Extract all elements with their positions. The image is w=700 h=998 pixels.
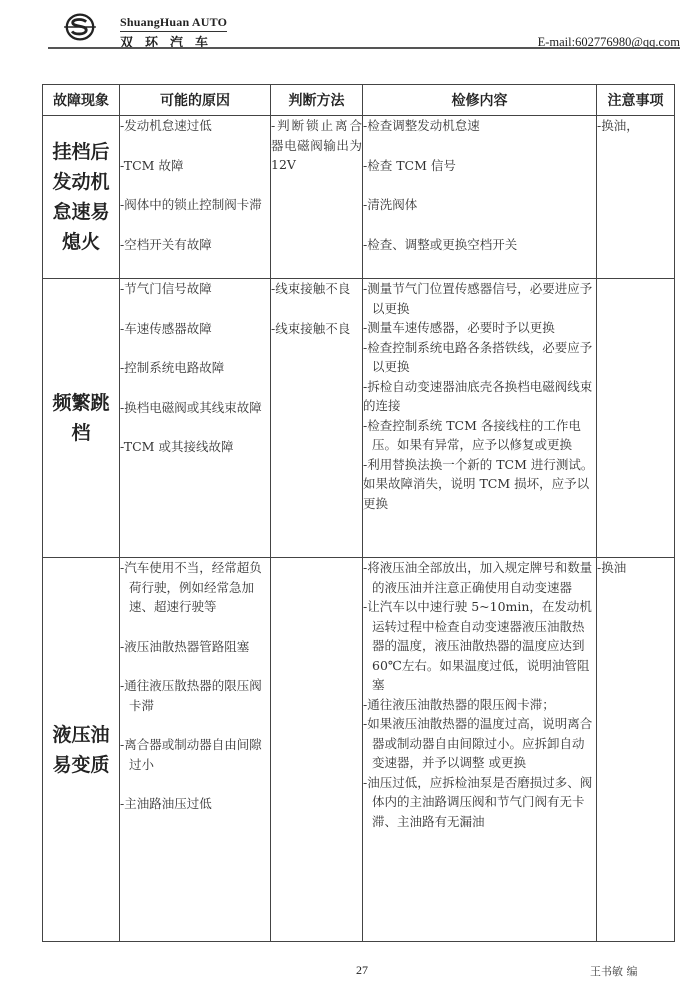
- repair-item: -清洗阀体: [363, 195, 596, 215]
- note-item: -换油: [597, 558, 674, 578]
- repair-item: -利用替换法换一个新的 TCM 进行测试。如果故障消失，说明 TCM 损坏，应予…: [363, 455, 596, 514]
- column-header-repairs: 检修内容: [363, 85, 597, 116]
- table-row: 液压油易变质 -汽车使用不当，经常超负荷行驶，例如经常急加速、超速行驶等 -液压…: [43, 558, 675, 942]
- note-item: -换油，: [597, 116, 674, 136]
- brand-logo: ShuangHuan AUTO 双环汽车: [62, 10, 152, 46]
- cause-item: -空档开关有故障: [120, 235, 270, 255]
- methods-cell: -判断锁止离合器电磁阀输出为12V: [271, 116, 363, 279]
- symptom-cell: 液压油易变质: [43, 558, 120, 942]
- table-row: 挂档后发动机怠速易熄火 -发动机怠速过低 -TCM 故障 -阀体中的锁止控制阀卡…: [43, 116, 675, 279]
- notes-cell: -换油，: [597, 116, 675, 279]
- shuanghuan-logo-icon: [62, 12, 98, 42]
- repair-item: -检查控制系统 TCM 各接线柱的工作电压。如果有异常，应予以修复或更换: [363, 416, 596, 455]
- cause-item: -汽车使用不当，经常超负荷行驶，例如经常急加速、超速行驶等: [120, 558, 270, 617]
- repair-item: -让汽车以中速行驶 5~10min，在发动机运转过程中检查自动变速器液压油散热器…: [363, 597, 596, 695]
- symptom-cell: 挂档后发动机怠速易熄火: [43, 116, 120, 279]
- method-item: -判断锁止离合器电磁阀输出为12V: [271, 116, 362, 175]
- page-header: ShuangHuan AUTO 双环汽车 E-mail:602776980@qq…: [48, 6, 680, 50]
- cause-item: -液压油散热器管路阻塞: [120, 637, 270, 657]
- repairs-cell: -测量节气门位置传感器信号，必要进应予以更换 -测量车速传感器，必要时予以更换 …: [363, 279, 597, 558]
- repairs-cell: -将液压油全部放出，加入规定牌号和数量的液压油并注意正确使用自动变速器 -让汽车…: [363, 558, 597, 942]
- method-item: -线束接触不良: [271, 279, 362, 299]
- causes-cell: -发动机怠速过低 -TCM 故障 -阀体中的锁止控制阀卡滞 -空档开关有故障: [120, 116, 271, 279]
- methods-cell: -线束接触不良 -线束接触不良: [271, 279, 363, 558]
- troubleshooting-table: 故障现象 可能的原因 判断方法 检修内容 注意事项 挂档后发动机怠速易熄火 -发…: [42, 84, 675, 942]
- cause-item: -离合器或制动器自由间隙过小: [120, 735, 270, 774]
- table-header-row: 故障现象 可能的原因 判断方法 检修内容 注意事项: [43, 85, 675, 116]
- symptom-text: 频繁跳档: [43, 388, 119, 448]
- notes-cell: [597, 279, 675, 558]
- repair-item: -拆检自动变速器油底壳各换档电磁阀线束的连接: [363, 377, 596, 416]
- table-row: 频繁跳档 -节气门信号故障 -车速传感器故障 -控制系统电路故障 -换档电磁阀或…: [43, 279, 675, 558]
- cause-item: -发动机怠速过低: [120, 116, 270, 136]
- repair-item: -检查 TCM 信号: [363, 156, 596, 176]
- repair-item: -检查控制系统电路各条搭铁线，必要应予以更换: [363, 338, 596, 377]
- notes-cell: -换油: [597, 558, 675, 942]
- causes-cell: -节气门信号故障 -车速传感器故障 -控制系统电路故障 -换档电磁阀或其线束故障…: [120, 279, 271, 558]
- symptom-cell: 频繁跳档: [43, 279, 120, 558]
- cause-item: -换档电磁阀或其线束故障: [120, 398, 270, 418]
- symptom-text: 液压油易变质: [43, 720, 119, 780]
- brand-name-english: ShuangHuan AUTO: [120, 15, 227, 32]
- column-header-notes: 注意事项: [597, 85, 675, 116]
- cause-item: -车速传感器故障: [120, 319, 270, 339]
- author-credit: 王书敏 编: [590, 963, 638, 979]
- cause-item: -TCM 故障: [120, 156, 270, 176]
- cause-item: -节气门信号故障: [120, 279, 270, 299]
- repair-item: -检查、调整或更换空档开关: [363, 235, 596, 255]
- column-header-symptom: 故障现象: [43, 85, 120, 116]
- header-divider: [48, 47, 680, 49]
- cause-item: -TCM 或其接线故障: [120, 437, 270, 457]
- repair-item: -测量车速传感器，必要时予以更换: [363, 318, 596, 338]
- page-number: 27: [356, 963, 368, 978]
- repair-item: -油压过低，应拆检油泵是否磨损过多、阀体内的主油路调压阀和节气门阀有无卡滞、主油…: [363, 773, 596, 832]
- repair-item: -测量节气门位置传感器信号，必要进应予以更换: [363, 279, 596, 318]
- repair-item: -如果液压油散热器的温度过高，说明离合器或制动器自由间隙过小。应拆卸自动变速器，…: [363, 714, 596, 773]
- repair-item: -将液压油全部放出，加入规定牌号和数量的液压油并注意正确使用自动变速器: [363, 558, 596, 597]
- methods-cell: [271, 558, 363, 942]
- column-header-causes: 可能的原因: [120, 85, 271, 116]
- method-item: -线束接触不良: [271, 319, 362, 339]
- cause-item: -控制系统电路故障: [120, 358, 270, 378]
- repair-item: -通往液压油散热器的限压阀卡滞；: [363, 695, 596, 715]
- causes-cell: -汽车使用不当，经常超负荷行驶，例如经常急加速、超速行驶等 -液压油散热器管路阻…: [120, 558, 271, 942]
- column-header-methods: 判断方法: [271, 85, 363, 116]
- symptom-text: 挂档后发动机怠速易熄火: [43, 137, 119, 257]
- cause-item: -主油路油压过低: [120, 794, 270, 814]
- repair-item: -检查调整发动机怠速: [363, 116, 596, 136]
- repairs-cell: -检查调整发动机怠速 -检查 TCM 信号 -清洗阀体 -检查、调整或更换空档开…: [363, 116, 597, 279]
- cause-item: -阀体中的锁止控制阀卡滞: [120, 195, 270, 215]
- cause-item: -通往液压散热器的限压阀卡滞: [120, 676, 270, 715]
